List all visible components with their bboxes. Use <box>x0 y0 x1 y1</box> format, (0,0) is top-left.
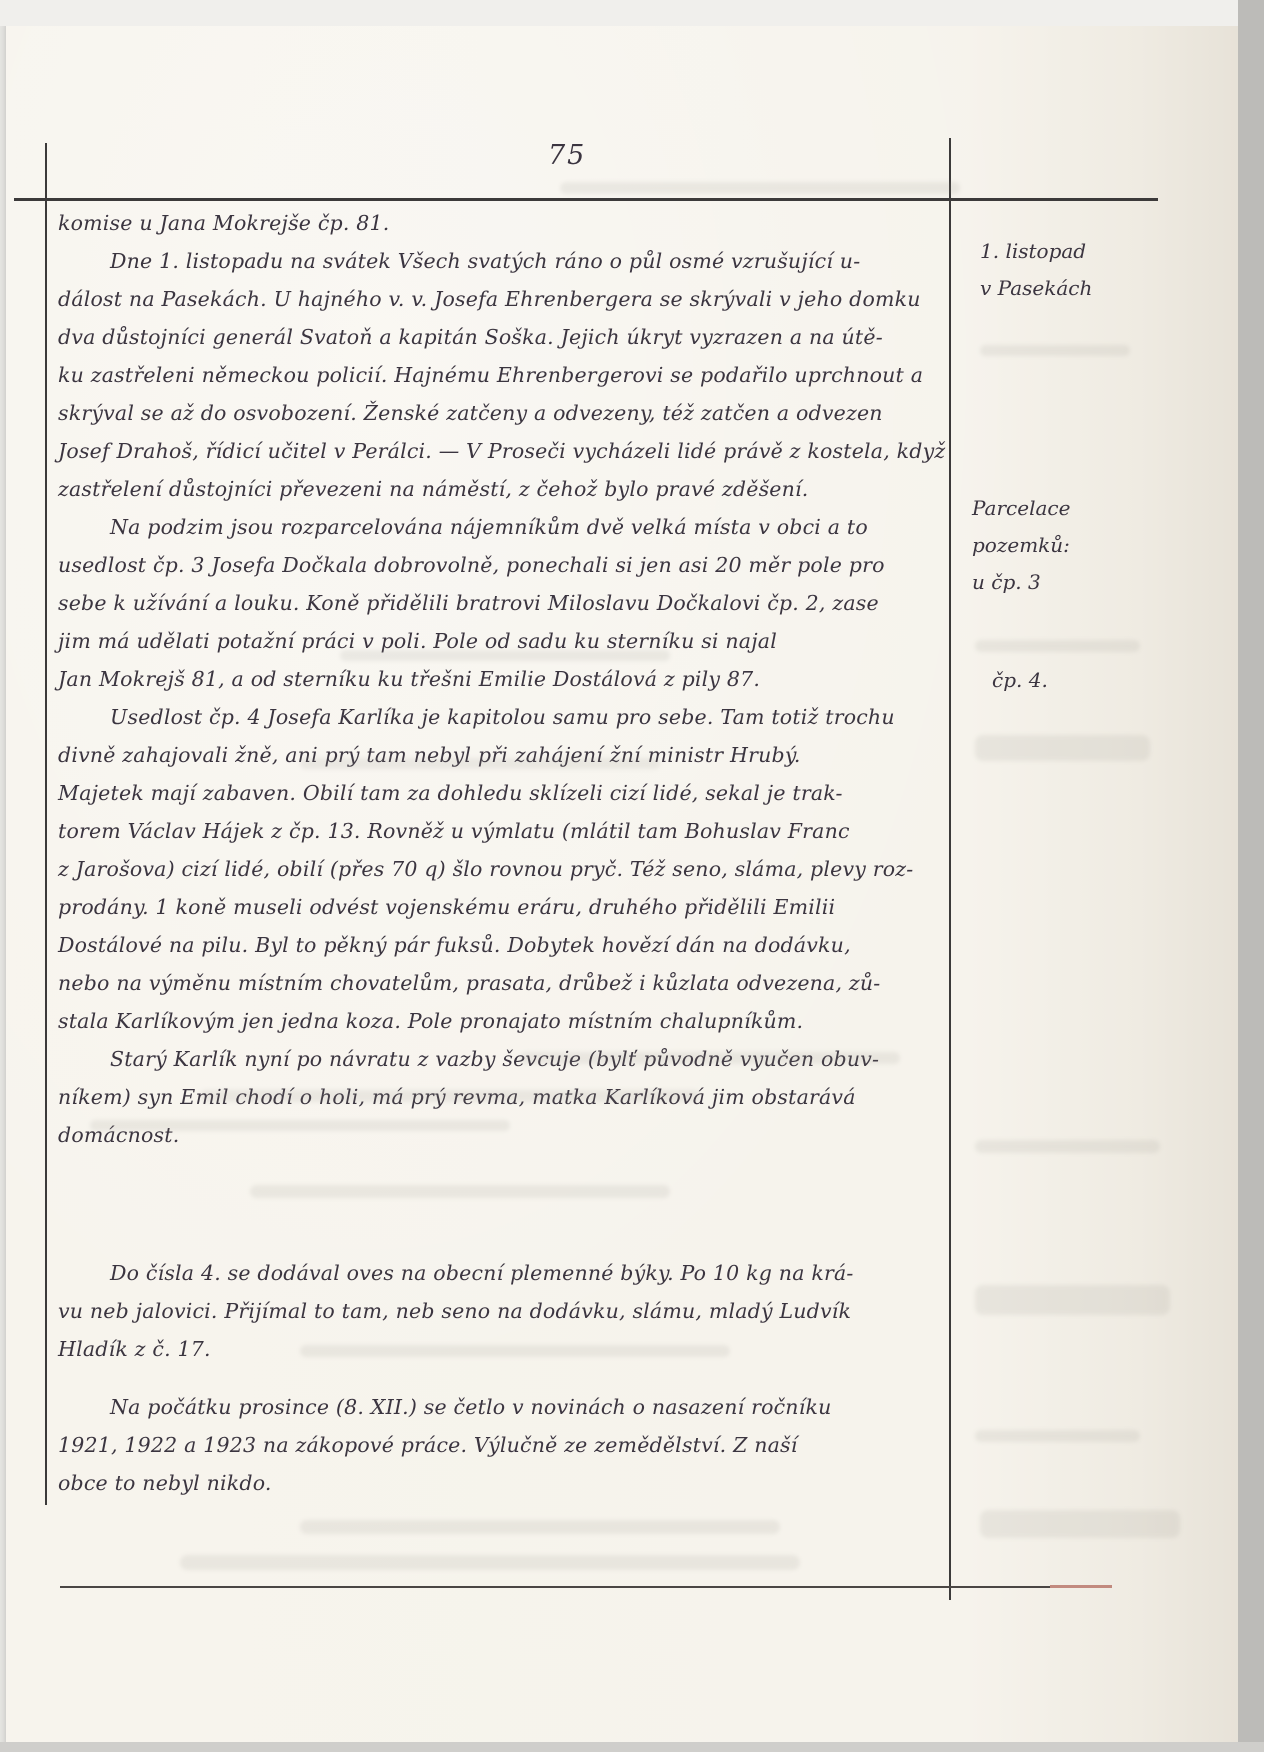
scan-edge-bottom <box>0 1742 1264 1752</box>
handwritten-text-line: u čp. 3 <box>972 564 1182 601</box>
paragraph-1-listopad-event: Dne 1. listopadu na svátek Všech svatých… <box>58 242 946 508</box>
handwritten-text-line: z Jarošova) cizí lidé, obilí (přes 70 q)… <box>58 850 946 888</box>
handwritten-text-line: Na podzim jsou rozparcelována nájemníkům… <box>58 508 946 546</box>
bleed-through-mark <box>300 758 660 769</box>
ruled-line-right-margin <box>949 138 951 1600</box>
bleed-through-mark <box>180 1555 800 1570</box>
handwritten-text-line: dálost na Pasekách. U hajného v. v. Jose… <box>58 280 946 318</box>
handwritten-text-line: Na počátku prosince (8. XII.) se četlo v… <box>58 1388 946 1426</box>
handwritten-text-line: v Pasekách <box>980 270 1190 307</box>
handwritten-text-line: čp. 4. <box>992 662 1202 699</box>
handwritten-text-line: Majetek mají zabaven. Obilí tam za dohle… <box>58 774 946 812</box>
handwritten-text-line: vu neb jalovici. Přijímal to tam, neb se… <box>58 1292 946 1330</box>
handwritten-text-line: obce to nebyl nikdo. <box>58 1464 946 1502</box>
handwritten-text-line: nebo na výměnu místním chovatelům, prasa… <box>58 964 946 1002</box>
handwritten-text-line: Dostálové na pilu. Byl to pěkný pár fuks… <box>58 926 946 964</box>
handwritten-text-line: Parcelace <box>972 490 1182 527</box>
handwritten-text-line: usedlost čp. 3 Josefa Dočkala dobrovolně… <box>58 546 946 584</box>
paragraph-continuation: komise u Jana Mokrejše čp. 81. <box>58 204 946 242</box>
handwritten-text-line: pozemků: <box>972 527 1182 564</box>
handwritten-text-line: sebe k užívání a louku. Koně přidělili b… <box>58 584 946 622</box>
ruled-line-top <box>14 198 1158 201</box>
bleed-through-mark <box>980 345 1130 356</box>
ruled-line-left-margin <box>45 143 47 1505</box>
handwritten-text-line: torem Václav Hájek z čp. 13. Rovněž u vý… <box>58 812 946 850</box>
ruled-line-bottom-red-mark <box>1050 1585 1112 1588</box>
handwritten-text-line: 1. listopad <box>980 233 1190 270</box>
handwritten-text-line: zastřelení důstojníci převezeni na náměs… <box>58 470 946 508</box>
handwritten-text-line: ku zastřeleni německou policií. Hajnému … <box>58 356 946 394</box>
handwritten-text-line: prodány. 1 koně museli odvést vojenskému… <box>58 888 946 926</box>
paragraph-zakopove-prace: Na počátku prosince (8. XII.) se četlo v… <box>58 1388 946 1502</box>
bleed-through-mark <box>975 1285 1170 1315</box>
paragraph-parcelace: Na podzim jsou rozparcelována nájemníkům… <box>58 508 946 698</box>
scanned-chronicle-page: 75 komise u Jana Mokrejše čp. 81. Dne 1.… <box>0 0 1264 1752</box>
handwritten-text-line: komise u Jana Mokrejše čp. 81. <box>58 204 946 242</box>
bleed-through-mark <box>300 1520 780 1534</box>
bleed-through-mark <box>520 1052 900 1064</box>
scan-edge-top <box>0 0 1264 26</box>
margin-note-parcelace-pozemku: Parcelacepozemků:u čp. 3 <box>972 490 1182 601</box>
bleed-through-mark <box>200 1090 700 1102</box>
bleed-through-mark <box>975 640 1140 652</box>
handwritten-text-line: Josef Drahoš, řídicí učitel v Perálci. —… <box>58 432 946 470</box>
handwritten-body: komise u Jana Mokrejše čp. 81. Dne 1. li… <box>58 204 946 1502</box>
margin-note-cp4: čp. 4. <box>992 662 1202 699</box>
page-number: 75 <box>548 140 586 171</box>
handwritten-text-line: skrýval se až do osvobození. Ženské zatč… <box>58 394 946 432</box>
bleed-through-mark <box>975 1430 1140 1442</box>
margin-note-listopad-pasekach: 1. listopadv Pasekách <box>980 233 1190 307</box>
bleed-through-mark <box>90 1120 510 1131</box>
bleed-through-mark <box>340 650 670 661</box>
bleed-through-mark <box>300 1345 730 1357</box>
paragraph-usedlost-cp4: Usedlost čp. 4 Josefa Karlíka je kapitol… <box>58 698 946 1040</box>
handwritten-text-line: Do čísla 4. se dodával oves na obecní pl… <box>58 1254 946 1292</box>
bleed-through-mark <box>250 1185 670 1198</box>
handwritten-text-line: 1921, 1922 a 1923 na zákopové práce. Výl… <box>58 1426 946 1464</box>
bleed-through-mark <box>975 735 1150 761</box>
bleed-through-mark <box>975 1140 1160 1153</box>
scan-edge-right <box>1238 0 1264 1752</box>
handwritten-text-line: dva důstojníci generál Svatoň a kapitán … <box>58 318 946 356</box>
handwritten-text-line: stala Karlíkovým jen jedna koza. Pole pr… <box>58 1002 946 1040</box>
handwritten-text-line: Usedlost čp. 4 Josefa Karlíka je kapitol… <box>58 698 946 736</box>
handwritten-text-line: Dne 1. listopadu na svátek Všech svatých… <box>58 242 946 280</box>
ruled-line-bottom <box>60 1586 1050 1588</box>
bleed-through-mark <box>980 1510 1180 1538</box>
handwritten-text-line: Jan Mokrejš 81, a od sterníku ku třešni … <box>58 660 946 698</box>
bleed-through-mark <box>560 182 960 194</box>
